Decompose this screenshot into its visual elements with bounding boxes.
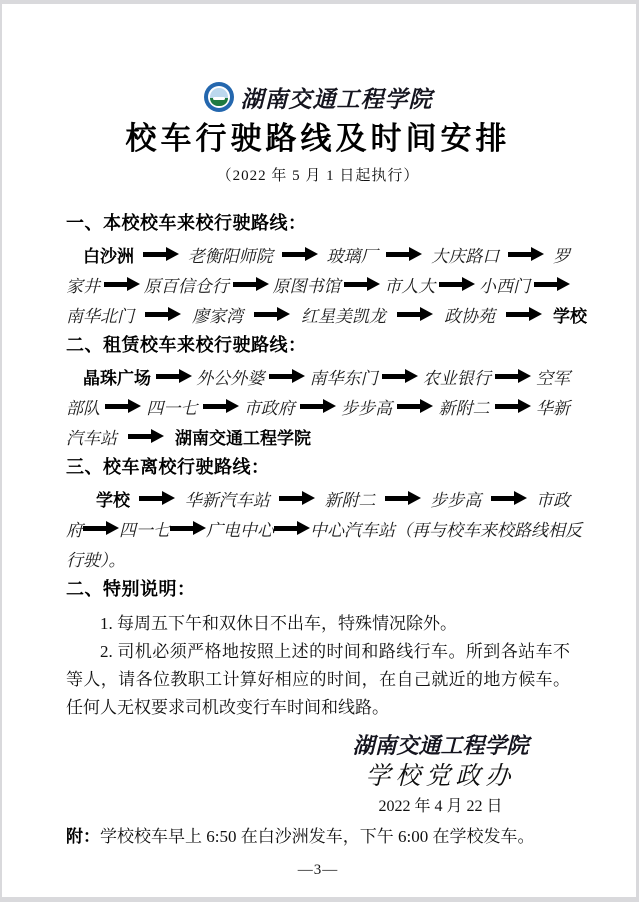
arrow-right-icon	[508, 247, 544, 261]
school-name: 湖南交通工程学院	[241, 81, 433, 114]
signature-office: 学校党政办	[333, 760, 548, 794]
arrow-shaft	[143, 252, 166, 257]
arrow-shaft	[104, 282, 127, 287]
arrow-shaft	[282, 252, 305, 257]
route-stop: 四一七	[146, 394, 197, 419]
route-stop: 大庆路口	[431, 242, 499, 267]
route-stop: 步步高	[430, 486, 481, 511]
route-stop: 四一七	[119, 516, 170, 541]
terminal-stop: 晶珠广场	[83, 364, 151, 389]
arrow-right-icon	[344, 277, 380, 291]
arrow-right-icon	[104, 277, 140, 291]
route-stop: 新附二	[439, 394, 490, 419]
arrow-right-icon	[282, 247, 318, 261]
arrow-right-icon	[145, 307, 181, 321]
signature-date: 2022 年 4 月 22 日	[333, 794, 548, 820]
arrow-shaft	[279, 496, 302, 501]
arrow-head	[531, 247, 544, 261]
arrow-shaft	[170, 526, 193, 531]
effective-date: （2022 年 5 月 1 日起执行）	[66, 165, 570, 187]
arrow-shaft	[269, 374, 292, 379]
route-stop: 步步高	[341, 394, 392, 419]
arrow-head	[557, 277, 570, 291]
arrow-shaft	[128, 434, 151, 439]
route-stop: 老衡阳师院	[188, 242, 273, 267]
route-stop: 市政府	[244, 394, 295, 419]
note-paragraph: 2. 司机必须严格地按照上述的时间和路线行车。所到各站车不等人，请各位教职工计算…	[66, 638, 570, 722]
route-section: 二、租赁校车来校行驶路线：晶珠广场外公外婆南华东门农业银行空军部队四一七市政府步…	[66, 332, 570, 448]
route-line: 南华北门廖家湾红星美凯龙政协苑学校	[66, 302, 570, 326]
route-section: 三、校车离校行驶路线：学校华新汽车站新附二步步高市政府四一七广电中心中心汽车站（…	[66, 454, 570, 570]
arrow-head	[420, 307, 433, 321]
route-stop: 南华北门	[66, 302, 134, 327]
arrow-head	[179, 369, 192, 383]
arrow-head	[292, 369, 305, 383]
arrow-right-icon	[156, 369, 192, 383]
route-stop: 华新	[536, 394, 570, 419]
arrow-right-icon	[279, 491, 315, 505]
route-line: 学校华新汽车站新附二步步高市政	[66, 486, 570, 510]
document-viewer: { "header": { "school_name": "湖南交通工程学院",…	[0, 0, 639, 902]
arrow-head	[420, 399, 433, 413]
arrow-shaft	[508, 252, 531, 257]
arrow-right-icon	[534, 277, 570, 291]
route-stop: 农业银行	[423, 364, 491, 389]
arrow-shaft	[385, 496, 408, 501]
route-stop: 原图书馆	[273, 272, 341, 297]
arrow-head	[128, 399, 141, 413]
arrow-shaft	[344, 282, 367, 287]
crest-inner	[208, 86, 230, 108]
arrow-head	[323, 399, 336, 413]
route-stop: 府	[66, 516, 83, 541]
arrow-head	[277, 307, 290, 321]
school-crest-icon	[204, 82, 234, 112]
arrow-head	[302, 491, 315, 505]
terminal-stop: 学校	[96, 486, 130, 511]
arrow-shaft	[105, 404, 128, 409]
arrow-right-icon	[170, 521, 206, 535]
crest-bridge	[213, 97, 225, 100]
route-stop: 市人大	[384, 272, 435, 297]
arrow-head	[367, 277, 380, 291]
arrow-shaft	[506, 312, 529, 317]
arrow-shaft	[254, 312, 277, 317]
arrow-right-icon	[254, 307, 290, 321]
arrow-shaft	[495, 404, 518, 409]
arrow-right-icon	[83, 521, 119, 535]
arrow-shaft	[397, 312, 420, 317]
arrow-head	[162, 491, 175, 505]
arrow-right-icon	[274, 521, 310, 535]
route-stop: 玻璃厂	[327, 242, 378, 267]
arrow-shaft	[495, 374, 518, 379]
signature-block: 湖南交通工程学院 学校党政办 2022 年 4 月 22 日	[333, 732, 548, 820]
appendix-text: 学校校车早上 6:50 在白沙洲发车，下午 6:00 在学校发车。	[100, 827, 534, 846]
route-stop: 部队	[66, 394, 100, 419]
route-stop: 广电中心	[206, 516, 274, 541]
route-line: 家井原百信仓行原图书馆市人大小西门	[66, 272, 570, 296]
arrow-right-icon	[128, 429, 164, 443]
arrow-head	[405, 369, 418, 383]
route-stop: 原百信仓行	[144, 272, 229, 297]
arrow-shaft	[83, 526, 106, 531]
arrow-shaft	[145, 312, 168, 317]
special-notes-section: 二、特别说明： 1. 每周五下午和双休日不出车，特殊情况除外。2. 司机必须严格…	[66, 576, 570, 722]
notes-heading: 二、特别说明：	[66, 576, 570, 602]
arrow-right-icon	[439, 277, 475, 291]
page-number: —3—	[66, 862, 570, 879]
route-stop: 空军	[536, 364, 570, 389]
arrow-shaft	[439, 282, 462, 287]
appendix-note: 附：学校校车早上 6:50 在白沙洲发车，下午 6:00 在学校发车。	[66, 824, 570, 850]
route-line: 汽车站湖南交通工程学院	[66, 424, 570, 448]
arrow-right-icon	[506, 307, 542, 321]
terminal-stop: 学校	[553, 302, 587, 327]
route-heading: 一、本校校车来校行驶路线：	[66, 210, 570, 236]
route-stop: 中心汽车站（再与校车来校路线相反	[310, 516, 582, 541]
route-line: 行驶）。	[66, 546, 570, 570]
arrow-head	[514, 491, 527, 505]
route-heading: 三、校车离校行驶路线：	[66, 454, 570, 480]
arrow-head	[408, 491, 421, 505]
route-stop: 华新汽车站	[185, 486, 270, 511]
route-line: 部队四一七市政府步步高新附二华新	[66, 394, 570, 418]
arrow-right-icon	[385, 491, 421, 505]
arrow-shaft	[491, 496, 514, 501]
route-stop: 汽车站	[66, 424, 117, 449]
terminal-stop: 湖南交通工程学院	[175, 424, 311, 449]
arrow-shaft	[397, 404, 420, 409]
arrow-head	[518, 399, 531, 413]
route-stop: 家井	[66, 272, 100, 297]
route-stop: 行驶）。	[66, 546, 126, 571]
page-title: 校车行驶路线及时间安排	[66, 119, 570, 159]
arrow-head	[226, 399, 239, 413]
arrow-head	[168, 307, 181, 321]
route-stop: 廖家湾	[192, 302, 243, 327]
arrow-shaft	[156, 374, 179, 379]
terminal-stop: 白沙洲	[83, 242, 134, 267]
arrow-right-icon	[105, 399, 141, 413]
arrow-shaft	[139, 496, 162, 501]
arrow-shaft	[300, 404, 323, 409]
route-stop: 外公外婆	[196, 364, 264, 389]
route-line: 白沙洲老衡阳师院玻璃厂大庆路口罗	[66, 242, 570, 266]
arrow-shaft	[274, 526, 297, 531]
route-line: 府四一七广电中心中心汽车站（再与校车来校路线相反	[66, 516, 570, 540]
arrow-shaft	[233, 282, 256, 287]
arrow-head	[193, 521, 206, 535]
route-stop: 新附二	[325, 486, 376, 511]
arrow-right-icon	[143, 247, 179, 261]
arrow-head	[462, 277, 475, 291]
note-paragraph: 1. 每周五下午和双休日不出车，特殊情况除外。	[66, 610, 570, 638]
route-stop: 南华东门	[310, 364, 378, 389]
arrow-right-icon	[382, 369, 418, 383]
route-sections: 一、本校校车来校行驶路线：白沙洲老衡阳师院玻璃厂大庆路口罗家井原百信仓行原图书馆…	[66, 210, 570, 570]
route-stop: 红星美凯龙	[301, 302, 386, 327]
arrow-head	[256, 277, 269, 291]
arrow-right-icon	[491, 491, 527, 505]
arrow-head	[297, 521, 310, 535]
arrow-shaft	[534, 282, 557, 287]
arrow-right-icon	[495, 399, 531, 413]
appendix-label: 附：	[66, 827, 100, 846]
route-stop: 小西门	[479, 272, 530, 297]
route-stop: 市政	[536, 486, 570, 511]
arrow-right-icon	[495, 369, 531, 383]
route-stop: 罗	[553, 242, 570, 267]
signature-org: 湖南交通工程学院	[333, 732, 548, 760]
arrow-head	[305, 247, 318, 261]
arrow-head	[518, 369, 531, 383]
letterhead: 湖南交通工程学院	[66, 80, 570, 114]
arrow-head	[127, 277, 140, 291]
route-stop: 政协苑	[444, 302, 495, 327]
arrow-right-icon	[139, 491, 175, 505]
arrow-head	[166, 247, 179, 261]
notes-list: 1. 每周五下午和双休日不出车，特殊情况除外。2. 司机必须严格地按照上述的时间…	[66, 610, 570, 722]
arrow-right-icon	[397, 307, 433, 321]
arrow-head	[529, 307, 542, 321]
arrow-right-icon	[386, 247, 422, 261]
arrow-shaft	[203, 404, 226, 409]
route-section: 一、本校校车来校行驶路线：白沙洲老衡阳师院玻璃厂大庆路口罗家井原百信仓行原图书馆…	[66, 210, 570, 326]
route-line: 晶珠广场外公外婆南华东门农业银行空军	[66, 364, 570, 388]
arrow-right-icon	[233, 277, 269, 291]
arrow-right-icon	[300, 399, 336, 413]
arrow-head	[409, 247, 422, 261]
arrow-shaft	[382, 374, 405, 379]
arrow-right-icon	[269, 369, 305, 383]
arrow-right-icon	[203, 399, 239, 413]
arrow-shaft	[386, 252, 409, 257]
arrow-head	[151, 429, 164, 443]
route-heading: 二、租赁校车来校行驶路线：	[66, 332, 570, 358]
arrow-right-icon	[397, 399, 433, 413]
arrow-head	[106, 521, 119, 535]
document-page: 湖南交通工程学院 校车行驶路线及时间安排 （2022 年 5 月 1 日起执行）…	[2, 4, 636, 897]
